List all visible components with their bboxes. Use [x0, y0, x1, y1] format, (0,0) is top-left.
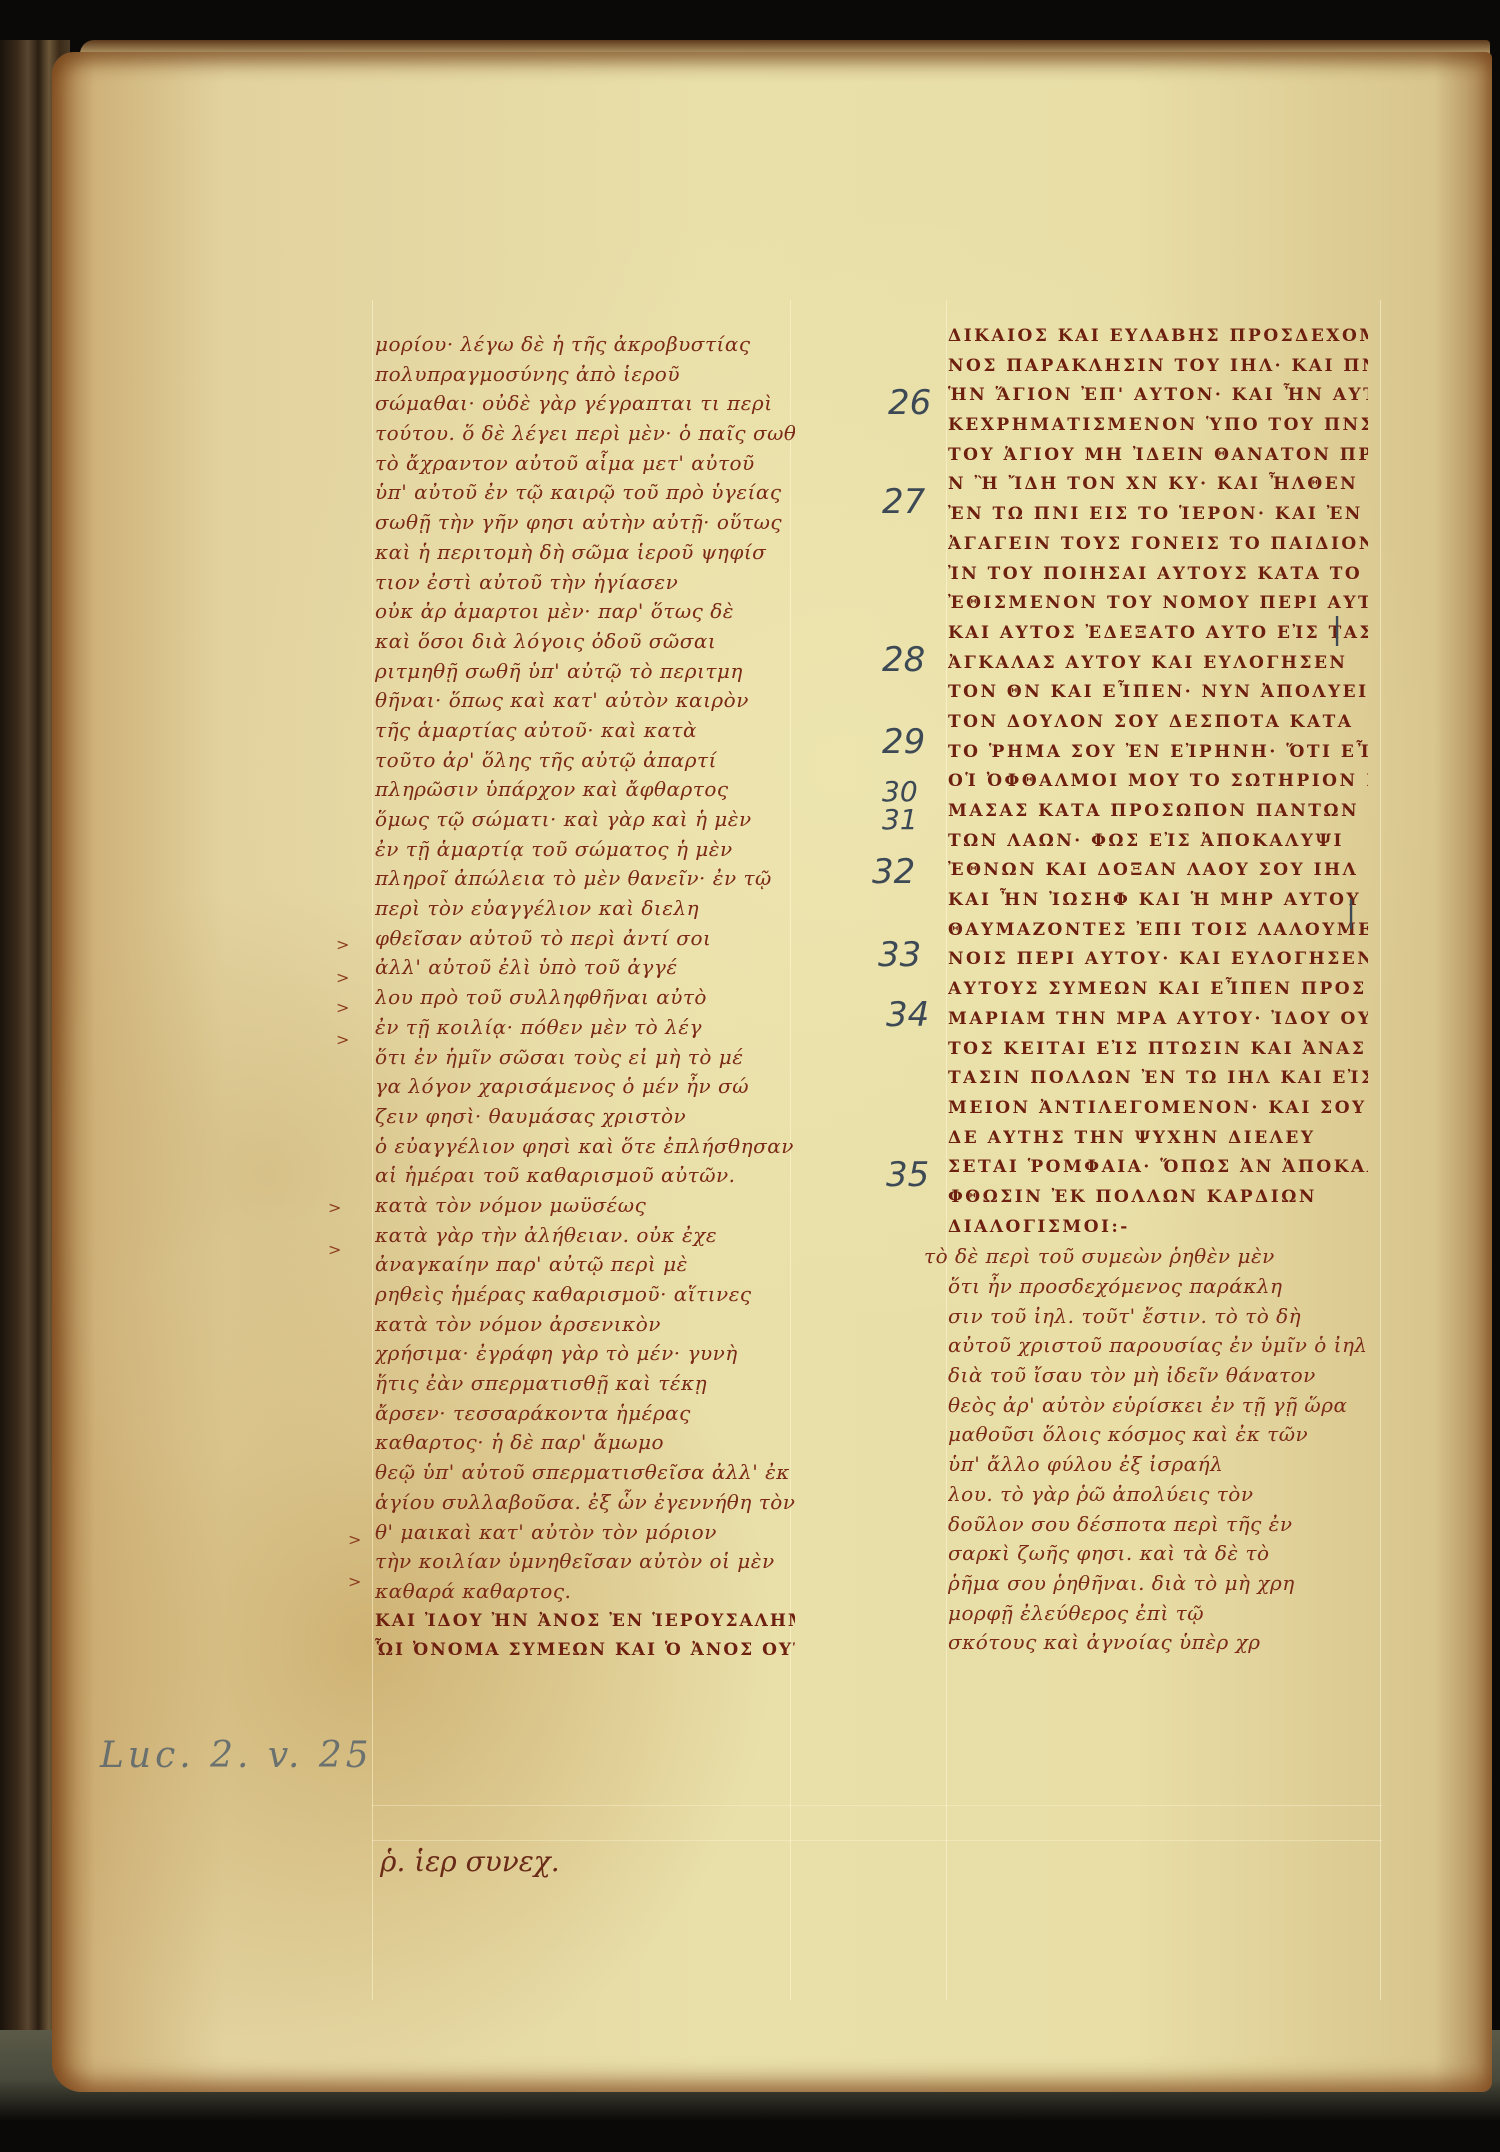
text-line: ὁ εὐαγγέλιον φησὶ καὶ ὅτε ἐπλήσθησαν [375, 1132, 795, 1162]
text-line: σιν τοῦ ἰηλ. τοῦτ' ἔστιν. τὸ τὸ δὴ [948, 1302, 1368, 1332]
lemma-line: ΚΑΙ ΑΥΤΟΣ ἘΔΕΞΑΤΟ ΑΥΤΟ ΕἸΣ ΤΑΣ [948, 619, 1368, 649]
text-line: ἀλλ' αὐτοῦ ἐλὶ ὑπὸ τοῦ ἀγγέ [375, 953, 795, 983]
ruling-line [1380, 300, 1381, 2000]
right-text-column: ΔΙΚΑΙΟΣ ΚΑΙ ΕΥΛΑΒΗΣ ΠΡΟΣΔΕΧΟΜΕ ΝΟΣ ΠΑΡΑΚ… [948, 322, 1368, 1658]
text-line: σκότους καὶ ἀγνοίας ὑπὲρ χρ [948, 1628, 1368, 1658]
diple-mark: > [328, 1240, 341, 1259]
lemma-line: ἘΘΙΣΜΕΝΟΝ ΤΟΥ ΝΟΜΟΥ ΠΕΡΙ ΑΥΤ [948, 589, 1368, 619]
lemma-line: ΚΕΧΡΗΜΑΤΙΣΜΕΝΟΝ ὙΠΟ ΤΟΥ ΠΝΣ [948, 411, 1368, 441]
verse-number: 32 [872, 852, 915, 892]
diple-mark: > [336, 968, 349, 987]
text-line: ῥῆμα σου ῥηθῆναι. διὰ τὸ μὴ χρη [948, 1569, 1368, 1599]
text-line: χρήσιμα· ἐγράφη γὰρ τὸ μέν· γυνὴ [375, 1339, 795, 1369]
text-line: καὶ ἡ περιτομὴ δὴ σῶμα ἱεροῦ ψηφίσ [375, 538, 795, 568]
text-line: κατὰ τὸν νόμον ἀρσενικὸν [375, 1310, 795, 1340]
lemma-line: ἩΝ ἍΓΙΟΝ ἘΠ' ΑΥΤΟΝ· ΚΑΙ ἮΝ ΑΥΤΩ [948, 381, 1368, 411]
text-line: αἱ ἡμέραι τοῦ καθαρισμοῦ αὐτῶν. [375, 1161, 795, 1191]
verse-number: 29 [882, 722, 925, 762]
text-line: τὴν κοιλίαν ὑμνηθεῖσαν αὐτὸν οἱ μὲν [375, 1547, 795, 1577]
diple-mark: > [328, 1198, 341, 1217]
lemma-line: ΔΙΚΑΙΟΣ ΚΑΙ ΕΥΛΑΒΗΣ ΠΡΟΣΔΕΧΟΜΕ [948, 322, 1368, 352]
text-line: ὑπ' αὐτοῦ ἐν τῷ καιρῷ τοῦ πρὸ ὑγείας [375, 478, 795, 508]
text-line: σαρκὶ ζωῆς φησι. καὶ τὰ δὲ τὸ [948, 1539, 1368, 1569]
text-line: τούτου. ὅ δὲ λέγει περὶ μὲν· ὁ παῖς σωθε… [375, 419, 795, 449]
text-line: ἥτις ἐὰν σπερματισθῇ καὶ τέκῃ [375, 1369, 795, 1399]
lemma-line: ὯΙ ὈΝΟΜΑ ΣΥΜΕΩΝ ΚΑΙ Ὁ ἈΝΟΣ ΟΥΤΟΣ [375, 1636, 795, 1666]
text-line: γα λόγον χαρισάμενος ὁ μέν ἦν σώ [375, 1072, 795, 1102]
text-line: ζειν φησὶ· θαυμάσας χριστὸν [375, 1102, 795, 1132]
text-line: αὐτοῦ χριστοῦ παρουσίας ἐν ὑμῖν ὁ ἰηλ [948, 1331, 1368, 1361]
lemma-line: ΦΘΩΣΙΝ ἘΚ ΠΟΛΛΩΝ ΚΑΡΔΙΩΝ [948, 1183, 1368, 1213]
verse-number: 34 [886, 995, 929, 1035]
lemma-line: ΜΑΣΑΣ ΚΑΤΑ ΠΡΟΣΩΠΟΝ ΠΑΝΤΩΝ [948, 797, 1368, 827]
verse-number: 35 [886, 1155, 929, 1195]
lemma-line: ΤΟΝ ΘΝ ΚΑΙ ΕἾΠΕΝ· ΝΥΝ ἈΠΟΛΥΕΙΣ [948, 678, 1368, 708]
text-line: ρηθεὶς ἡμέρας καθαρισμοῦ· αἵτινες [375, 1280, 795, 1310]
verse-number: 28 [882, 640, 925, 680]
text-line: λου πρὸ τοῦ συλληφθῆναι αὐτὸ [375, 983, 795, 1013]
pencil-reference: Luc. 2. v. 25 [100, 1735, 373, 1776]
text-line: ἁγίου συλλαβοῦσα. ἐξ ὧν ἐγεννήθη τὸν [375, 1488, 795, 1518]
lemma-line: ἘΝ ΤΩ ΠΝΙ ΕΙΣ ΤΟ ἹΕΡΟΝ· ΚΑΙ ἘΝ ΤΩ ΕἸΣ [948, 500, 1368, 530]
text-line: λου. τὸ γὰρ ῥῶ ἀπολύεις τὸν [948, 1480, 1368, 1510]
text-line: θεὸς ἀρ' αὐτὸν εὑρίσκει ἐν τῇ γῇ ὥρα [948, 1391, 1368, 1421]
lemma-line: Ν Ἢ ἼΔΗ ΤΟΝ ΧΝ ΚΥ· ΚΑΙ ἮΛΘΕΝ [948, 470, 1368, 500]
text-line: ὅμως τῷ σώματι· καὶ γὰρ καὶ ἡ μὲν [375, 805, 795, 835]
text-line: τοῦτο ἀρ' ὅλης τῆς αὐτῷ ἀπαρτί [375, 746, 795, 776]
lemma-line: ΜΑΡΙΑΜ ΤΗΝ ΜΡΑ ΑΥΤΟΥ· ἸΔΟΥ ΟΥ [948, 1005, 1368, 1035]
bottom-annotation: ῥ. ἱερ συνεχ. [380, 1845, 560, 1878]
lemma-line: ΟἹ ὈΦΘΑΛΜΟΙ ΜΟΥ ΤΟ ΣΩΤΗΡΙΟΝ ΣΟΥ ὋΗ ΤΟΙ [948, 767, 1368, 797]
lemma-line: ΤΟ ῬΗΜΑ ΣΟΥ ἘΝ ΕἸΡΗΝΗ· ὍΤΙ ΕἾΔΟΝ [948, 738, 1368, 768]
text-line: τῆς ἁμαρτίας αὐτοῦ· καὶ κατὰ [375, 716, 795, 746]
lemma-line: ΜΕΙΟΝ ἈΝΤΙΛΕΓΟΜΕΝΟΝ· ΚΑΙ ΣΟΥ [948, 1094, 1368, 1124]
ruling-line [372, 1805, 1382, 1806]
lemma-line: ΝΟΙΣ ΠΕΡΙ ΑΥΤΟΥ· ΚΑΙ ΕΥΛΟΓΗΣΕΝ [948, 945, 1368, 975]
text-line: μορίου· λέγω δὲ ἡ τῆς ἀκροβυστίας [375, 330, 795, 360]
verse-number: 31 [882, 803, 918, 836]
text-line: καὶ ὅσοι διὰ λόγοις ὁδοῦ σῶσαι [375, 627, 795, 657]
margin-stroke: | [1346, 895, 1356, 930]
lemma-line: ἈΓΚΑΛΑΣ ΑΥΤΟΥ ΚΑΙ ΕΥΛΟΓΗΣΕΝ [948, 649, 1368, 679]
text-line: τιον ἐστὶ αὐτοῦ τὴν ἡγίασεν [375, 568, 795, 598]
left-text-column: μορίου· λέγω δὲ ἡ τῆς ἀκροβυστίας πολυπρ… [375, 330, 795, 1666]
text-line: διὰ τοῦ ἴσαυ τὸν μὴ ἰδεῖν θάνατον [948, 1361, 1368, 1391]
text-line: πληροῖ ἀπώλεια τὸ μὲν θανεῖν· ἐν τῷ [375, 864, 795, 894]
lemma-line: ΤΟΣ ΚΕΙΤΑΙ ΕἸΣ ΠΤΩΣΙΝ ΚΑΙ ἈΝΑΣ [948, 1035, 1368, 1065]
text-line: πληρῶσιν ὑπάρχον καὶ ἄφθαρτος [375, 775, 795, 805]
text-line: θεῷ ὑπ' αὐτοῦ σπερματισθεῖσα ἀλλ' ἐκ πνε… [375, 1458, 795, 1488]
verse-number: 33 [878, 935, 921, 975]
text-line: φθεῖσαν αὐτοῦ τὸ περὶ ἀντί σοι [375, 924, 795, 954]
text-line: θῆναι· ὅπως καὶ κατ' αὐτὸν καιρὸν [375, 686, 795, 716]
text-line: ὑπ' ἄλλο φύλου ἐξ ἰσραήλ [948, 1450, 1368, 1480]
lemma-line: ἘΘΝΩΝ ΚΑΙ ΔΟΞΑΝ ΛΑΟΥ ΣΟΥ ΙΗΛ [948, 856, 1368, 886]
text-line: ὅτι ἐν ἡμῖν σῶσαι τοὺς εἰ μὴ τὸ μέ [375, 1043, 795, 1073]
lemma-line: ΣΕΤΑΙ ῬΟΜΦΑΙΑ· ὍΠΩΣ ἈΝ ἈΠΟΚΑΛΥ [948, 1153, 1368, 1183]
lemma-line: ΤΟΝ ΔΟΥΛΟΝ ΣΟΥ ΔΕΣΠΟΤΑ ΚΑΤΑ [948, 708, 1368, 738]
text-line: μαθοῦσι ὅλοις κόσμος καὶ ἐκ τῶν [948, 1420, 1368, 1450]
lemma-line: ΤΟΥ ἉΓΙΟΥ ΜΗ ἸΔΕΙΝ ΘΑΝΑΤΟΝ ΠΡΙ [948, 441, 1368, 471]
margin-stroke: | [1332, 612, 1342, 647]
text-line: καθαρτος· ἡ δὲ παρ' ἄμωμο [375, 1428, 795, 1458]
text-line: μορφῇ ἐλεύθερος ἐπὶ τῷ [948, 1599, 1368, 1629]
lemma-line: ΝΟΣ ΠΑΡΑΚΛΗΣΙΝ ΤΟΥ ΙΗΛ· ΚΑΙ ΠΝΑ [948, 352, 1368, 382]
text-line: ἄρσεν· τεσσαράκοντα ἡμέρας [375, 1399, 795, 1429]
text-line: οὐκ ἀρ ἁμαρτοι μὲν· παρ' ὅτως δὲ [375, 597, 795, 627]
text-line: κατὰ τὸν νόμον μωϋσέως [375, 1191, 795, 1221]
ruling-line [946, 300, 947, 2000]
diple-mark: > [336, 998, 349, 1017]
text-line: σωθῇ τὴν γῆν φησι αὐτὴν αὐτῇ· οὕτως [375, 508, 795, 538]
lemma-line: ἈΓΑΓΕΙΝ ΤΟΥΣ ΓΟΝΕΙΣ ΤΟ ΠΑΙΔΙΟΝ [948, 530, 1368, 560]
text-line: ριτμηθῇ σωθῆ ὑπ' αὐτῷ τὸ περιτμη [375, 657, 795, 687]
text-line: πολυπραγμοσύνης ἀπὸ ἱεροῦ [375, 360, 795, 390]
lemma-line: ἸΝ ΤΟΥ ΠΟΙΗΣΑΙ ΑΥΤΟΥΣ ΚΑΤΑ ΤΟ [948, 560, 1368, 590]
text-line: δοῦλον σου δέσποτα περὶ τῆς ἐν [948, 1510, 1368, 1540]
lemma-line: ΘΑΥΜΑΖΟΝΤΕΣ ἘΠΙ ΤΟΙΣ ΛΑΛΟΥΜΕ [948, 916, 1368, 946]
text-line: ὅτι ἦν προσδεχόμενος παράκλη [948, 1272, 1368, 1302]
verse-number: 26 [888, 383, 931, 423]
verse-number: 27 [882, 482, 925, 522]
text-line: σώμαθαι· οὐδὲ γὰρ γέγραπται τι περὶ [375, 389, 795, 419]
lemma-line: ΔΙΑΛΟΓΙΣΜΟΙ:- [948, 1213, 1368, 1243]
text-line: κατὰ γὰρ τὴν ἀλήθειαν. οὐκ ἐχε [375, 1221, 795, 1251]
text-line: θ' μαικαὶ κατ' αὐτὸν τὸν μόριον [375, 1518, 795, 1548]
lemma-line: ΔΕ ΑΥΤΗΣ ΤΗΝ ΨΥΧΗΝ ΔΙΕΛΕΥ [948, 1124, 1368, 1154]
text-line: περὶ τὸν εὐαγγέλιον καὶ διελη [375, 894, 795, 924]
lemma-line: ΤΩΝ ΛΑΩΝ· ΦΩΣ ΕἸΣ ἈΠΟΚΑΛΥΨΙ [948, 827, 1368, 857]
text-line: καθαρά καθαρτος. [375, 1577, 795, 1607]
lemma-line: ΚΑΙ ἮΝ ἸΩΣΗΦ ΚΑΙ Ἡ ΜΗΡ ΑΥΤΟΥ [948, 886, 1368, 916]
text-line: ἀναγκαίην παρ' αὐτῷ περὶ μὲ [375, 1250, 795, 1280]
text-line: τὸ ἄχραντον αὐτοῦ αἷμα μετ' αὐτοῦ [375, 449, 795, 479]
lemma-line: ΚΑΙ ἸΔΟΥ ἨΝ ἈΝΟΣ ἘΝ ἹΕΡΟΥΣΑΛΗΜ· [375, 1607, 795, 1637]
text-line: ἐν τῇ ἁμαρτίᾳ τοῦ σώματος ἡ μὲν [375, 835, 795, 865]
diple-mark: > [348, 1530, 361, 1549]
lemma-line: ΤΑΣΙΝ ΠΟΛΛΩΝ ἘΝ ΤΩ ΙΗΛ ΚΑΙ ΕἸΣ ΣΗ [948, 1064, 1368, 1094]
diple-mark: > [348, 1572, 361, 1591]
text-line: ἐν τῇ κοιλίᾳ· πόθεν μὲν τὸ λέγ [375, 1013, 795, 1043]
ruling-line [372, 1840, 1382, 1841]
text-line: τὸ δὲ περὶ τοῦ συμεὼν ῥηθὲν μὲν [924, 1242, 1368, 1272]
diple-mark: > [336, 1030, 349, 1049]
diple-mark: > [336, 935, 349, 954]
lemma-line: ΑΥΤΟΥΣ ΣΥΜΕΩΝ ΚΑΙ ΕἾΠΕΝ ΠΡΟΣ [948, 975, 1368, 1005]
